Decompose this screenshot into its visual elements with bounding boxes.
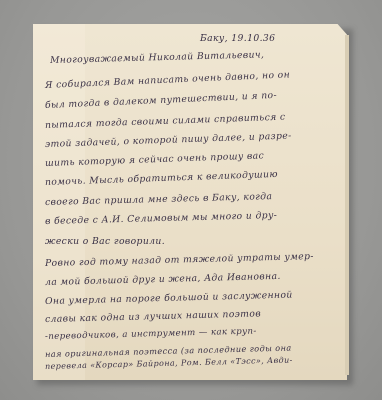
paper-edge: [345, 35, 349, 375]
letter-date: Баку, 19.10.36: [200, 33, 275, 44]
letter-line: жески о Вас говорили.: [45, 236, 165, 247]
